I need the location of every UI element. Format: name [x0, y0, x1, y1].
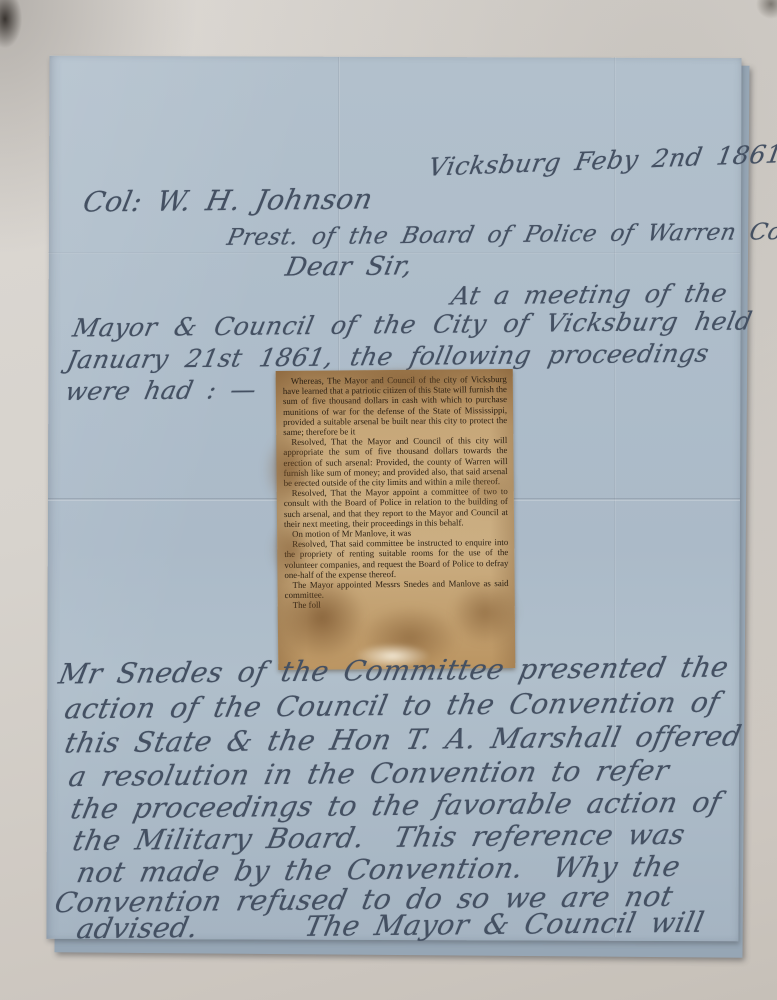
- clipping-paragraph: The Mayor appointed Messrs Snedes and Ma…: [285, 578, 509, 600]
- clipping-paragraph: The foll: [285, 598, 509, 610]
- clipping-paragraph: Resolved, That the Mayor and Council of …: [283, 435, 507, 488]
- photo-corner-shadow: [0, 0, 28, 58]
- body-line: advised. The Mayor & Council will: [74, 906, 707, 946]
- salutation: Dear Sir,: [283, 251, 415, 282]
- photo-of-letter: Vicksburg Feby 2nd 1861 Col: W. H. Johns…: [0, 0, 777, 1000]
- photo-corner-shadow: [751, 0, 777, 24]
- body-line: At a meeting of the: [449, 279, 730, 311]
- body-line: were had : —: [63, 375, 259, 406]
- newspaper-clipping: Whereas, The Mayor and Council of the ci…: [276, 369, 516, 670]
- clipping-paragraph: Resolved, That the Mayor appoint a commi…: [284, 486, 508, 529]
- clipping-paragraph: Resolved, That said committee be instruc…: [284, 537, 508, 580]
- clipping-paragraph: Whereas, The Mayor and Council of the ci…: [283, 374, 508, 437]
- recipient-name: Col: W. H. Johnson: [80, 182, 375, 218]
- body-line: action of the Council to the Convention …: [62, 686, 723, 726]
- body-line: Mr Snedes of the Committee presented the: [56, 651, 732, 691]
